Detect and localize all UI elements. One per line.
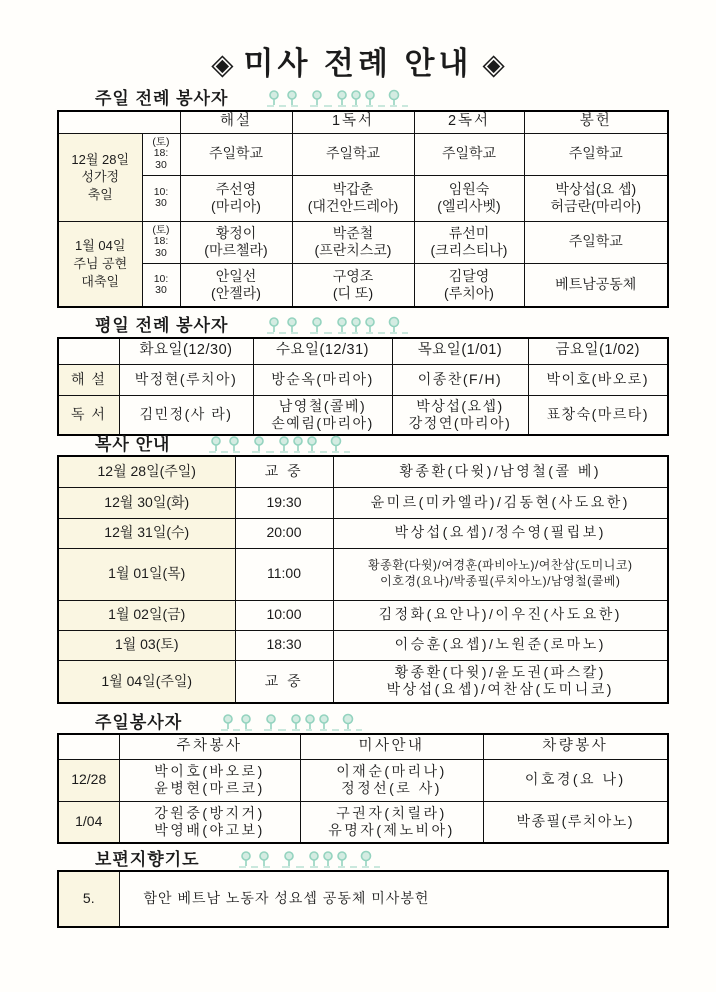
server-name-cell: 박상섭(요셉) 강정연(마리아) [392, 395, 528, 435]
green-scribble-decoration [204, 435, 354, 455]
weekday-servers-table: 화요일(12/30) 수요일(12/31) 목요일(1/01) 금요일(1/02… [57, 337, 669, 436]
date-cell: 12월 28일 성가정 축일 [58, 133, 142, 221]
prayer-text-cell: 함안 베트남 노동자 성요셉 공동체 미사봉헌 [119, 871, 668, 927]
section-heading-text: 보편지향기도 [95, 845, 200, 870]
column-header: 금요일(1/02) [528, 338, 668, 364]
server-name-cell: 박상섭(요셉)/정수영(필립보) [333, 518, 668, 548]
mass-time-cell: 10: 30 [142, 175, 180, 221]
date-cell: 12월 31일(수) [58, 518, 235, 548]
server-name-cell: 주일학교 [414, 133, 524, 175]
date-cell: 12월 30일(화) [58, 487, 235, 518]
universal-prayer-table: 5. 함안 베트남 노동자 성요셉 공동체 미사봉헌 [57, 870, 669, 928]
server-name-cell: 박이호(바오로) [528, 364, 668, 395]
server-name-cell: 주일학교 [292, 133, 414, 175]
server-name-cell: 이승훈(요셉)/노원준(로마노) [333, 630, 668, 660]
sunday-volunteers-table: 주차봉사 미사안내 차량봉사 12/28 박이호(바오로) 윤병현(마르코) 이… [57, 733, 669, 844]
altar-servers-table: 12월 28일(주일) 교 중 황종환(다윗)/남영철(콜 베) 12월 30일… [57, 455, 669, 704]
mass-time-cell: 교 중 [235, 456, 333, 487]
server-name-cell: 박상섭(요 셉) 허금란(마리아) [524, 175, 668, 221]
date-cell: 1월 04일(주일) [58, 660, 235, 703]
mass-time-cell: 19:30 [235, 487, 333, 518]
blank-header-cell [58, 111, 180, 133]
table-header-row: 주차봉사 미사안내 차량봉사 [58, 734, 668, 759]
section-heading-text: 복사 안내 [95, 430, 170, 455]
column-header: 미사안내 [300, 734, 483, 759]
volunteer-name-cell: 박종필(루치아노) [483, 801, 668, 843]
page-title: ◈미사 전례 안내◈ [0, 38, 716, 83]
role-label-cell: 독 서 [58, 395, 119, 435]
server-name-cell: 윤미르(미카엘라)/김동현(사도요한) [333, 487, 668, 518]
green-scribble-decoration [216, 713, 366, 733]
column-header: 차량봉사 [483, 734, 668, 759]
server-name-cell: 남영철(콜베) 손예림(마리아) [253, 395, 392, 435]
mass-time-cell: 교 중 [235, 660, 333, 703]
column-header: 2독서 [414, 111, 524, 133]
table-row: 1월 01일(목) 11:00 황종환(다윗)/여경훈(파비아노)/여찬삼(도미… [58, 548, 668, 600]
column-header: 봉헌 [524, 111, 668, 133]
server-name-cell: 황종환(다윗)/여경훈(파비아노)/여찬삼(도미니코) 이호경(요나)/박종필(… [333, 548, 668, 600]
column-header: 목요일(1/01) [392, 338, 528, 364]
section-heading-sunday-volunteers: 주일봉사자 [95, 708, 366, 733]
server-name-cell: 김민정(사 라) [119, 395, 253, 435]
date-cell: 1/04 [58, 801, 119, 843]
table-row: 12월 30일(화) 19:30 윤미르(미카엘라)/김동현(사도요한) [58, 487, 668, 518]
date-cell: 12월 28일(주일) [58, 456, 235, 487]
mass-time-cell: 10: 30 [142, 263, 180, 307]
server-name-cell: 박갑춘 (대건안드레아) [292, 175, 414, 221]
section-heading-universal-prayer: 보편지향기도 [95, 845, 384, 870]
server-name-cell: 류선미 (크리스티나) [414, 221, 524, 263]
table-row: 1월 02일(금) 10:00 김정화(요안나)/이우진(사도요한) [58, 600, 668, 630]
server-name-cell: 구영조 (디 또) [292, 263, 414, 307]
volunteer-name-cell: 박이호(바오로) 윤병현(마르코) [119, 759, 300, 801]
table-row: 1/04 강원중(방지거) 박영배(야고보) 구권자(치릴라) 유명자(제노비아… [58, 801, 668, 843]
table-row: 10: 30 주선영 (마리아) 박갑춘 (대건안드레아) 임원숙 (엘리사벳)… [58, 175, 668, 221]
server-name-cell: 방순옥(마리아) [253, 364, 392, 395]
server-name-cell: 임원숙 (엘리사벳) [414, 175, 524, 221]
mass-time-cell: 20:00 [235, 518, 333, 548]
table-row: 12월 28일 성가정 축일 (토) 18: 30 주일학교 주일학교 주일학교… [58, 133, 668, 175]
section-heading-weekday-servers: 평일 전례 봉사자 [95, 311, 412, 336]
section-heading-text: 주일봉사자 [95, 708, 182, 733]
column-header: 주차봉사 [119, 734, 300, 759]
diamond-icon: ◈ [472, 49, 514, 81]
column-header: 1독서 [292, 111, 414, 133]
table-row: 12/28 박이호(바오로) 윤병현(마르코) 이재순(마리나) 정정선(로 사… [58, 759, 668, 801]
server-name-cell: 황종환(다윗)/남영철(콜 베) [333, 456, 668, 487]
table-row: 10: 30 안일선 (안젤라) 구영조 (디 또) 김달영 (루치아) 베트남… [58, 263, 668, 307]
date-cell: 1월 03(토) [58, 630, 235, 660]
volunteer-name-cell: 구권자(치릴라) 유명자(제노비아) [300, 801, 483, 843]
section-heading-text: 주일 전례 봉사자 [95, 84, 228, 109]
blank-header-cell [58, 338, 119, 364]
server-name-cell: 황종환(다윗)/윤도권(파스칼) 박상섭(요셉)/여찬삼(도미니코) [333, 660, 668, 703]
green-scribble-decoration [262, 89, 412, 109]
mass-time-cell: (토) 18: 30 [142, 133, 180, 175]
server-name-cell: 박준철 (프란치스코) [292, 221, 414, 263]
table-row: 1월 03(토) 18:30 이승훈(요셉)/노원준(로마노) [58, 630, 668, 660]
server-name-cell: 이종찬(F/H) [392, 364, 528, 395]
table-header-row: 화요일(12/30) 수요일(12/31) 목요일(1/01) 금요일(1/02… [58, 338, 668, 364]
green-scribble-decoration [234, 850, 384, 870]
table-row: 독 서 김민정(사 라) 남영철(콜베) 손예림(마리아) 박상섭(요셉) 강정… [58, 395, 668, 435]
table-header-row: 해설 1독서 2독서 봉헌 [58, 111, 668, 133]
server-name-cell: 표창숙(마르타) [528, 395, 668, 435]
table-row: 5. 함안 베트남 노동자 성요셉 공동체 미사봉헌 [58, 871, 668, 927]
server-name-cell: 주일학교 [524, 221, 668, 263]
server-name-cell: 베트남공동체 [524, 263, 668, 307]
column-header: 수요일(12/31) [253, 338, 392, 364]
table-row: 12월 31일(수) 20:00 박상섭(요셉)/정수영(필립보) [58, 518, 668, 548]
role-label-cell: 해 설 [58, 364, 119, 395]
date-cell: 1월 02일(금) [58, 600, 235, 630]
page-title-text: 미사 전례 안내 [244, 46, 473, 81]
mass-time-cell: 11:00 [235, 548, 333, 600]
document-page: ◈미사 전례 안내◈ 주일 전례 봉사자 해설 1독서 [0, 0, 716, 992]
table-row: 해 설 박정현(루치아) 방순옥(마리아) 이종찬(F/H) 박이호(바오로) [58, 364, 668, 395]
prayer-number-cell: 5. [58, 871, 119, 927]
server-name-cell: 주일학교 [180, 133, 292, 175]
section-heading-sunday-servers: 주일 전례 봉사자 [95, 84, 412, 109]
mass-time-cell: (토) 18: 30 [142, 221, 180, 263]
server-name-cell: 황정이 (마르첼라) [180, 221, 292, 263]
server-name-cell: 주일학교 [524, 133, 668, 175]
section-heading-text: 평일 전례 봉사자 [95, 311, 228, 336]
table-row: 12월 28일(주일) 교 중 황종환(다윗)/남영철(콜 베) [58, 456, 668, 487]
sunday-servers-table: 해설 1독서 2독서 봉헌 12월 28일 성가정 축일 (토) 18: 30 … [57, 110, 669, 308]
volunteer-name-cell: 이재순(마리나) 정정선(로 사) [300, 759, 483, 801]
volunteer-name-cell: 이호경(요 나) [483, 759, 668, 801]
table-row: 1월 04일(주일) 교 중 황종환(다윗)/윤도권(파스칼) 박상섭(요셉)/… [58, 660, 668, 703]
mass-time-cell: 10:00 [235, 600, 333, 630]
server-name-cell: 주선영 (마리아) [180, 175, 292, 221]
blank-header-cell [58, 734, 119, 759]
green-scribble-decoration [262, 316, 412, 336]
volunteer-name-cell: 강원중(방지거) 박영배(야고보) [119, 801, 300, 843]
date-cell: 12/28 [58, 759, 119, 801]
server-name-cell: 박정현(루치아) [119, 364, 253, 395]
mass-time-cell: 18:30 [235, 630, 333, 660]
date-cell: 1월 04일 주님 공현 대축일 [58, 221, 142, 307]
column-header: 해설 [180, 111, 292, 133]
table-row: 1월 04일 주님 공현 대축일 (토) 18: 30 황정이 (마르첼라) 박… [58, 221, 668, 263]
server-name-cell: 김달영 (루치아) [414, 263, 524, 307]
server-name-cell: 안일선 (안젤라) [180, 263, 292, 307]
server-name-cell: 김정화(요안나)/이우진(사도요한) [333, 600, 668, 630]
diamond-icon: ◈ [201, 49, 243, 81]
column-header: 화요일(12/30) [119, 338, 253, 364]
section-heading-altar-servers: 복사 안내 [95, 430, 354, 455]
date-cell: 1월 01일(목) [58, 548, 235, 600]
